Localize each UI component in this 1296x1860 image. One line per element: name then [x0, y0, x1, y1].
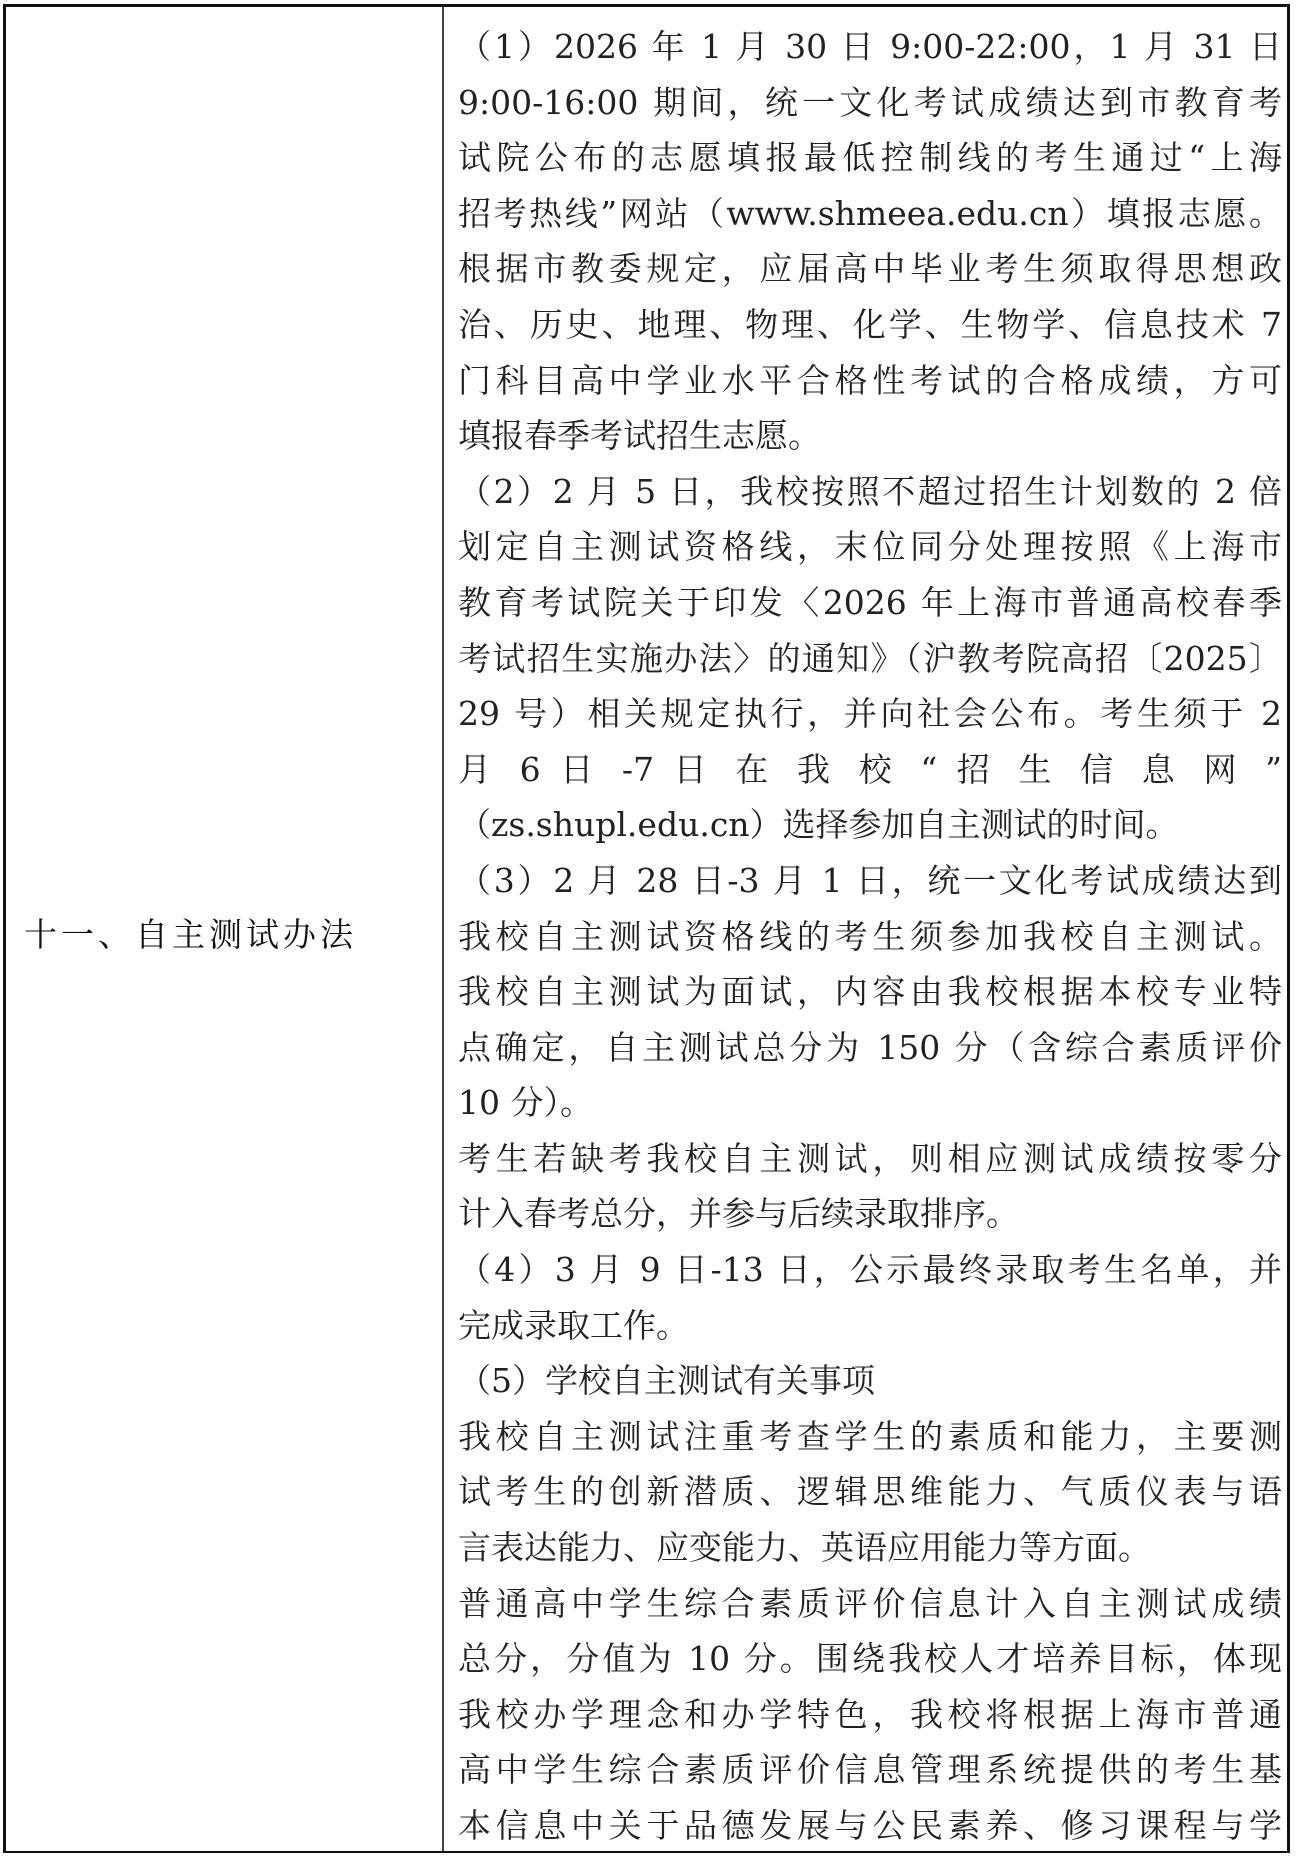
content-line: 我校自主测试注重考查学生的素质和能力，主要测	[458, 1409, 1282, 1465]
content-line: （2）2 月 5 日，我校按照不超过招生计划数的 2 倍	[458, 464, 1282, 520]
content-line: 划定自主测试资格线，末位同分处理按照《上海市	[458, 519, 1282, 575]
content-line: 完成录取工作。	[458, 1298, 1282, 1354]
content-line: 根据市教委规定，应届高中毕业考生须取得思想政	[458, 241, 1282, 297]
content-line: 本信息中关于品德发展与公民素养、修习课程与学	[458, 1798, 1282, 1854]
content-line: 试院公布的志愿填报最低控制线的考生通过“上海	[458, 130, 1282, 186]
content-line: 月 6 日 -7 日 在 我 校 “ 招 生 信 息 网 ”	[458, 742, 1282, 798]
content-line: （5）学校自主测试有关事项	[458, 1353, 1282, 1409]
content-line: 高中学生综合素质评价信息管理系统提供的考生基	[458, 1742, 1282, 1798]
content-line: 普通高中学生综合素质评价信息计入自主测试成绩	[458, 1576, 1282, 1632]
label-cell: 十一、自主测试办法	[6, 7, 442, 1851]
content-line: 9:00-16:00 期间，统一文化考试成绩达到市教育考	[458, 75, 1282, 131]
content-line: 治、历史、地理、物理、化学、生物学、信息技术 7	[458, 297, 1282, 353]
content-line: 招考热线”网站（www.shmeea.edu.cn）填报志愿。	[458, 186, 1282, 242]
section-heading: 十一、自主测试办法	[24, 909, 357, 956]
content-line: 考试招生实施办法〉的通知》（沪教考院高招〔2025〕	[458, 631, 1282, 687]
content-line: 我校自主测试资格线的考生须参加我校自主测试。	[458, 909, 1282, 965]
content-line: 言表达能力、应变能力、英语应用能力等方面。	[458, 1520, 1282, 1576]
content-line: （1）2026 年 1 月 30 日 9:00-22:00，1 月 31 日	[458, 19, 1282, 75]
content-line: 门科目高中学业水平合格性考试的合格成绩，方可	[458, 353, 1282, 409]
content-line: 教育考试院关于印发〈2026 年上海市普通高校春季	[458, 575, 1282, 631]
content-line: （zs.shupl.edu.cn）选择参加自主测试的时间。	[458, 797, 1282, 853]
content-line: 试考生的创新潜质、逻辑思维能力、气质仪表与语	[458, 1464, 1282, 1520]
content-line: 10 分）。	[458, 1075, 1282, 1131]
content-line: 考生若缺考我校自主测试，则相应测试成绩按零分	[458, 1131, 1282, 1187]
section-table: 十一、自主测试办法 （1）2026 年 1 月 30 日 9:00-22:00，…	[3, 4, 1290, 1853]
content-line: （3）2 月 28 日-3 月 1 日，统一文化考试成绩达到	[458, 853, 1282, 909]
content-line: 总分，分值为 10 分。围绕我校人才培养目标，体现	[458, 1631, 1282, 1687]
content-line: 我校办学理念和办学特色，我校将根据上海市普通	[458, 1687, 1282, 1743]
content-cell: （1）2026 年 1 月 30 日 9:00-22:00，1 月 31 日9:…	[458, 19, 1282, 1854]
content-line: 我校自主测试为面试，内容由我校根据本校专业特	[458, 964, 1282, 1020]
content-line: （4）3 月 9 日-13 日，公示最终录取考生名单，并	[458, 1242, 1282, 1298]
content-line: 点确定，自主测试总分为 150 分（含综合素质评价	[458, 1020, 1282, 1076]
column-divider	[442, 7, 444, 1851]
content-line: 29 号）相关规定执行，并向社会公布。考生须于 2	[458, 686, 1282, 742]
content-line: 填报春季考试招生志愿。	[458, 408, 1282, 464]
content-line: 计入春考总分，并参与后续录取排序。	[458, 1186, 1282, 1242]
